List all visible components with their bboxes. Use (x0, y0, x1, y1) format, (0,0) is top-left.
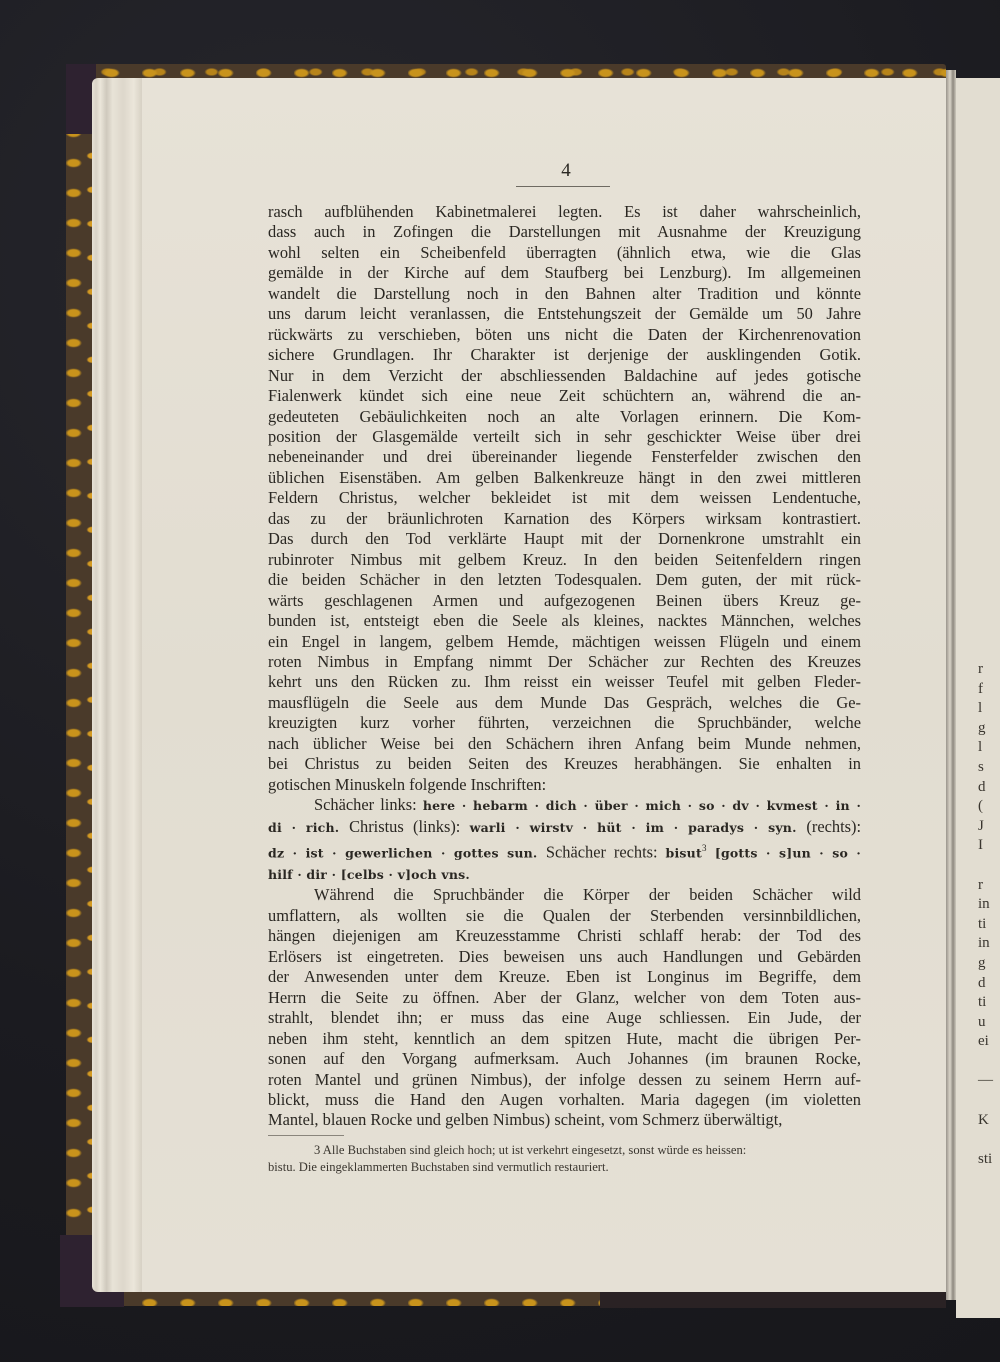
inscription-text: warli · wirstv · hüt · im · paradys · sy… (470, 820, 807, 835)
label-text: Schächer links: (314, 795, 423, 814)
text-line: Mantel, blauen Rocke und gelben Nimbus) … (268, 1110, 861, 1130)
text-line: rasch aufblühenden Kabinetmalerei legten… (268, 202, 861, 222)
footnotes: 3 Alle Buchstaben sind gleich hoch; ut i… (268, 1142, 861, 1176)
adjacent-page-fragment (978, 1091, 1000, 1111)
inscription-text: [gotts · s]un · so · (706, 846, 861, 861)
text-line: dass auch in Zofingen die Darstellungen … (268, 222, 861, 242)
text-line: Herrn die Seite zu öffnen. Aber der Glan… (268, 988, 861, 1008)
text-line: hilf · dir · [celbs · v]och vns. (268, 864, 861, 885)
text-line: bei Christus zu beiden Seiten des Kreuze… (268, 754, 861, 774)
adjacent-page-fragment: l (978, 738, 1000, 758)
text-line: blickt, muss die Hand den Augen vorhalte… (268, 1090, 861, 1110)
text-line: nach üblicher Weise bei den Schächern ih… (268, 734, 861, 754)
text-line: umflattern, als wollten sie die Qualen d… (268, 906, 861, 926)
adjacent-page-fragment: ti (978, 993, 1000, 1013)
adjacent-page-fragment (978, 1130, 1000, 1150)
inscription-text: dz · ist · gewerlichen · gottes sun. (268, 846, 546, 861)
footnote-rule (268, 1135, 344, 1136)
page-number: 4 (516, 160, 616, 182)
text-line: strahlt, blendet ihn; er muss das eine A… (268, 1008, 861, 1028)
text-line: ein Engel in langem, gelbem Hemde, mächt… (268, 632, 861, 652)
text-line: neben ihm steht, kenntlich an dem spitze… (268, 1029, 861, 1049)
text-line: kehrt uns den Rücken zu. Ihm reisst ein … (268, 672, 861, 692)
text-line: di · rich. Christus (links): warli · wir… (268, 817, 861, 838)
text-line: Während die Spruchbänder die Körper der … (268, 885, 861, 905)
text-line: mausflügeln die Seele aus dem Munde Das … (268, 693, 861, 713)
inscription-text: di · rich. (268, 820, 349, 835)
header-rule (516, 186, 610, 187)
text-line: Fialenwerk kündet sich eine neue Zeit sc… (268, 386, 861, 406)
adjacent-page-text: rflglsd(JIrintiingdtiuei—Ksti (978, 660, 1000, 1169)
text-line: die beiden Schächer in den letzten Todes… (268, 570, 861, 590)
adjacent-page-fragment (978, 1052, 1000, 1072)
footnote-line: 3 Alle Buchstaben sind gleich hoch; ut i… (268, 1142, 861, 1159)
text-line: rückwärts zu verschieben, böten uns nich… (268, 325, 861, 345)
paragraph-p1: rasch aufblühenden Kabinetmalerei legten… (268, 202, 861, 795)
text-line: Feldern Christus, welcher bekleidet ist … (268, 488, 861, 508)
adjacent-page-fragment: r (978, 660, 1000, 680)
adjacent-page-fragment: f (978, 680, 1000, 700)
text-line: der Anwesenden unter dem Kreuze. Eben is… (268, 967, 861, 987)
text-line: wärts geschlagenen Armen und aufgezogene… (268, 591, 861, 611)
adjacent-page-fragment: g (978, 719, 1000, 739)
text-line: Schächer links: here · hebarm · dich · ü… (268, 795, 861, 816)
adjacent-page-fragment: in (978, 934, 1000, 954)
text-line: sonen auf den Vorgang aufmerksam. Auch J… (268, 1049, 861, 1069)
adjacent-page-fragment: I (978, 836, 1000, 856)
adjacent-page-fragment: ei (978, 1032, 1000, 1052)
text-line: rubinroter Nimbus mit gelbem Kreuz. In d… (268, 550, 861, 570)
text-line: hängen diejenigen am Kreuzesstamme Chris… (268, 926, 861, 946)
text-line: kreuzigten kurz vorher führten, verzeich… (268, 713, 861, 733)
adjacent-page-fragment: s (978, 758, 1000, 778)
adjacent-page-fragment: sti (978, 1150, 1000, 1170)
text-line: dz · ist · gewerlichen · gottes sun. Sch… (268, 838, 861, 864)
text-line: wohl selten ein Scheibenfeld überragten … (268, 243, 861, 263)
adjacent-page-fragment: d (978, 974, 1000, 994)
text-line: roten Mantel und grünen Nimbus), der inf… (268, 1070, 861, 1090)
text-line: roten Nimbus in Empfang nimmt Der Schäch… (268, 652, 861, 672)
paragraph-p3: Während die Spruchbänder die Körper der … (268, 885, 861, 1130)
text-line: nebeneinander und drei übereinander lieg… (268, 447, 861, 467)
inscription-text: bisut (666, 846, 702, 861)
book-gutter (946, 70, 956, 1300)
page-edge-stack (92, 78, 144, 1292)
adjacent-page-fragment: g (978, 954, 1000, 974)
adjacent-page-fragment (978, 856, 1000, 876)
label-text: Christus (links): (349, 817, 470, 836)
text-line: Nur in dem Verzicht der abschliessenden … (268, 366, 861, 386)
adjacent-page-fragment: d (978, 778, 1000, 798)
adjacent-page-fragment: u (978, 1013, 1000, 1033)
text-line: üblichen Eisenstäben. Am gelben Balkenkr… (268, 468, 861, 488)
adjacent-page-fragment: J (978, 817, 1000, 837)
adjacent-page-fragment: r (978, 876, 1000, 896)
adjacent-page-fragment: l (978, 699, 1000, 719)
inscription-text: hilf · dir · [celbs · v]och vns. (268, 867, 470, 882)
adjacent-page-fragment: K (978, 1111, 1000, 1131)
text-line: das zu der bräunlichroten Karnation des … (268, 509, 861, 529)
label-text: (rechts): (806, 817, 861, 836)
adjacent-page-fragment: — (978, 1071, 1000, 1091)
text-line: uns darum leicht veranlassen, die Entste… (268, 304, 861, 324)
body-text: rasch aufblühenden Kabinetmalerei legten… (268, 202, 861, 1131)
text-line: position der Glasgemälde verteilt sich i… (268, 427, 861, 447)
adjacent-page-fragment: ( (978, 797, 1000, 817)
adjacent-page-fragment: ti (978, 915, 1000, 935)
paragraph-p2-inscriptions: Schächer links: here · hebarm · dich · ü… (268, 795, 861, 885)
label-text: Schächer rechts: (546, 843, 666, 862)
text-line: Erlösers ist eingetreten. Dies beweisen … (268, 947, 861, 967)
inscription-text: here · hebarm · dich · über · mich · so … (423, 798, 861, 813)
text-line: bunden ist, entsteigt eben die Seele als… (268, 611, 861, 631)
text-line: Das durch den Tod verklärte Haupt mit de… (268, 529, 861, 549)
text-line: gemälde in der Kirche auf dem Staufberg … (268, 263, 861, 283)
footnote-line: bistu. Die eingeklammerten Buchstaben si… (268, 1159, 861, 1176)
text-line: sichere Grundlagen. Ihr Charakter ist de… (268, 345, 861, 365)
text-line: gotischen Minuskeln folgende Inschriften… (268, 775, 861, 795)
text-line: gedeuteten Gebäulichkeiten noch an alte … (268, 407, 861, 427)
text-line: wandelt die Darstellung noch in den Bahn… (268, 284, 861, 304)
adjacent-page-fragment: in (978, 895, 1000, 915)
